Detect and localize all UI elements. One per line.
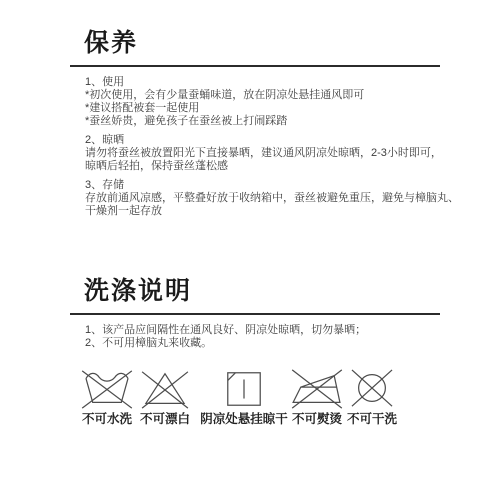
washing-block-notes: 1、该产品应间隔性在通风良好、阴凉处晾晒，切勿暴晒； 2、不可用樟脑丸来收藏。: [85, 324, 500, 350]
usage-line: *蚕丝娇贵，避免孩子在蚕丝被上打闹踩踏: [85, 115, 500, 128]
airing-line: 请勿将蚕丝被放置阳光下直接暴晒，建议通风阴凉处晾晒，2-3小时即可，: [85, 147, 500, 160]
shade-hang-dry-icon: [217, 368, 271, 410]
do-not-iron-icon: [290, 368, 344, 410]
care-symbol-do-not-wash: 不可水洗: [82, 368, 132, 427]
care-block-storage: 3、存储 存放前通风凉感，平整叠好放于收纳箱中，蚕丝被避免重压，避免与樟脑丸、 …: [85, 179, 500, 218]
washing-title-underline: [70, 313, 440, 315]
care-symbol-label: 不可熨烫: [292, 412, 342, 427]
washing-section-body: 1、该产品应间隔性在通风良好、阴凉处晾晒，切勿暴晒； 2、不可用樟脑丸来收藏。: [85, 324, 500, 350]
care-symbol-label: 不可干洗: [347, 412, 397, 427]
storage-line: 存放前通风凉感，平整叠好放于收纳箱中，蚕丝被避免重压，避免与樟脑丸、: [85, 192, 500, 205]
care-symbol-shade-hang-dry: 阴凉处悬挂晾干: [200, 368, 288, 427]
care-section: 保养 1、使用 *初次使用，会有少量蚕蛹味道，放在阴凉处悬挂通风即可 *建议搭配…: [0, 28, 500, 218]
usage-line: *建议搭配被套一起使用: [85, 102, 500, 115]
storage-heading: 3、存储: [85, 179, 500, 192]
do-not-dry-clean-icon: [345, 368, 399, 410]
do-not-wash-icon: [80, 368, 134, 410]
usage-heading: 1、使用: [85, 76, 500, 89]
care-title-underline: [70, 65, 440, 67]
care-symbol-label: 不可漂白: [140, 412, 190, 427]
airing-heading: 2、晾晒: [85, 134, 500, 147]
washing-line: 2、不可用樟脑丸来收藏。: [85, 337, 500, 350]
care-symbol-label: 不可水洗: [82, 412, 132, 427]
usage-line: *初次使用，会有少量蚕蛹味道，放在阴凉处悬挂通风即可: [85, 89, 500, 102]
washing-line: 1、该产品应间隔性在通风良好、阴凉处晾晒，切勿暴晒；: [85, 324, 500, 337]
care-symbol-do-not-dry-clean: 不可干洗: [347, 368, 397, 427]
storage-line: 干燥剂一起存放: [85, 205, 500, 218]
do-not-bleach-icon: [138, 368, 192, 410]
care-symbol-do-not-bleach: 不可漂白: [140, 368, 190, 427]
airing-line: 晾晒后轻拍，保持蚕丝蓬松感: [85, 160, 500, 173]
care-section-title: 保养: [84, 28, 500, 58]
care-block-airing: 2、晾晒 请勿将蚕丝被放置阳光下直接暴晒，建议通风阴凉处晾晒，2-3小时即可， …: [85, 134, 500, 173]
care-instructions-page: { "colors": { "title": "#1a1a1a", "text"…: [0, 0, 500, 500]
care-symbol-label: 阴凉处悬挂晾干: [200, 412, 288, 427]
care-section-body: 1、使用 *初次使用，会有少量蚕蛹味道，放在阴凉处悬挂通风即可 *建议搭配被套一…: [85, 76, 500, 218]
washing-section: 洗涤说明 1、该产品应间隔性在通风良好、阴凉处晾晒，切勿暴晒； 2、不可用樟脑丸…: [0, 276, 500, 350]
washing-section-title: 洗涤说明: [84, 276, 500, 306]
care-block-usage: 1、使用 *初次使用，会有少量蚕蛹味道，放在阴凉处悬挂通风即可 *建议搭配被套一…: [85, 76, 500, 128]
care-symbol-do-not-iron: 不可熨烫: [292, 368, 342, 427]
care-symbols-row: 不可水洗 不可漂白 阴凉处悬挂晾干 不可熨烫 不可干洗: [82, 368, 397, 427]
